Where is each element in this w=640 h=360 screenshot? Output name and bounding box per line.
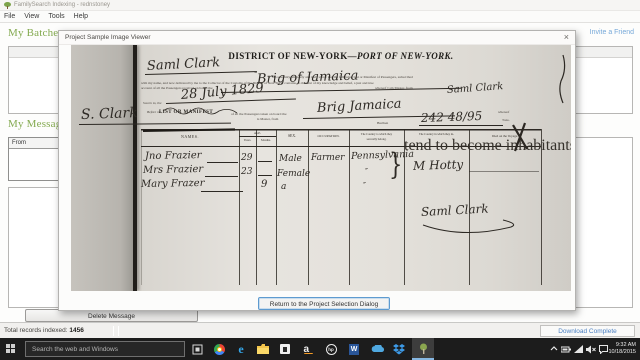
list-master-signature: S. Clark [81,105,138,123]
store-icon[interactable] [274,338,296,360]
app-titlebar: FamilySearch Indexing - rednstoney [0,0,640,11]
status-separator [113,326,114,336]
status-bar: Total records indexed: 1456 Download Com… [0,322,640,338]
passenger-row-country: Pennsylvania [351,149,414,162]
volume-icon[interactable] [586,338,597,360]
hp-icon[interactable]: hp [320,338,342,360]
passenger-row-age: 29 [241,153,252,163]
search-input[interactable]: Search the web and Windows [25,341,185,357]
tons-label: Tons. [502,118,510,123]
column-header-died: Died on the Voyage. [469,134,541,138]
familysearch-indexing-icon[interactable] [412,338,434,360]
dialog-titlebar[interactable]: Project Sample Image Viewer × [59,31,575,45]
chrome-icon[interactable] [208,338,230,360]
onedrive-icon[interactable] [366,338,388,360]
manifest-text: of all the Passengers taken on board the [231,112,327,117]
taskbar: Search the web and Windows e a hp W [0,338,640,360]
passenger-row-age-months: 9 [261,179,267,190]
file-explorer-icon[interactable] [252,338,274,360]
edge-icon[interactable]: e [230,338,252,360]
passenger-row-occupation: Farmer [311,153,344,163]
word-icon[interactable]: W [343,338,365,360]
official-side-signature: M Hotty [413,157,464,173]
list-vessel-scrawl: Brig Jamaica [317,97,402,116]
start-button-icon[interactable] [6,344,16,354]
passenger-row-sex: a [281,182,286,192]
sworn-to-label: Sworn to, the [143,101,162,106]
action-center-icon[interactable] [599,338,608,360]
tray-date: 10/18/2015 [608,349,636,356]
column-header-country-inhabit: The Country in which they in- [404,132,469,136]
master-signature: Saml Clark [147,55,221,74]
menu-tools[interactable]: Tools [48,13,64,20]
menu-help[interactable]: Help [74,13,88,20]
ditto-mark: ″ [363,181,366,190]
passenger-row-name: Mrs Frazier [143,164,203,176]
total-records-status: Total records indexed: 1456 [4,327,84,334]
column-header-occupation: OCCUPATION. [308,134,349,138]
column-header-months: Months. [256,138,276,142]
whereof-label: whereof [498,110,509,115]
burthen-value-handwriting: 242 48/95 [421,109,483,125]
task-view-icon[interactable] [186,338,208,360]
return-to-project-selection-button[interactable]: Return to the Project Selection Dialog [258,297,390,310]
familysearch-tree-icon [4,2,11,9]
burthen-label: Burthen [377,121,388,126]
column-header-years: Years. [239,138,256,142]
dropbox-icon[interactable] [388,338,410,360]
status-separator [118,326,119,336]
passenger-row-sex: Female [277,169,310,179]
handwritten-brace: } [389,147,402,182]
page-binding-edge [133,45,137,291]
clock[interactable]: 9:32 AM 10/18/2015 [608,342,636,356]
dialog-title: Project Sample Image Viewer [65,34,151,41]
passenger-row-sex: Male [279,154,302,164]
invite-a-friend-link[interactable]: Invite a Friend [590,29,634,36]
my-batches-heading: My Batches [8,27,63,39]
column-header-age: AGE. [239,131,276,135]
desktop-screen: FamilySearch Indexing - rednstoney File … [0,0,640,360]
column-header-sex: SEX. [276,134,308,138]
column-header-names: NAMES. [141,134,239,139]
total-records-value: 1456 [69,327,83,334]
passenger-row-age: 23 [241,167,252,177]
close-icon[interactable]: × [564,32,569,42]
download-complete-status[interactable]: Download Complete [540,325,635,337]
bottom-signature: Saml Clark [421,201,489,219]
list-or-manifest-title: LIST OR MANIFEST [159,111,213,116]
manifest-master-text: is Master, from [257,117,278,122]
page-gutter [71,45,133,291]
menu-view[interactable]: View [24,13,39,20]
ditto-mark: ″ [365,167,368,176]
column-header-country-belong: The Country to which they [349,132,404,136]
menu-bar: File View Tools Help [0,11,640,23]
network-icon[interactable] [574,338,583,360]
passenger-row-name: Jno Frazier [145,150,202,162]
passenger-row-name: Mary Frazer [141,178,205,190]
project-sample-image-viewer-dialog: Project Sample Image Viewer × DISTRICT O… [58,30,576,311]
hidden-icons-chevron-icon[interactable] [550,338,560,360]
amazon-icon[interactable]: a [297,338,319,360]
app-window-title: FamilySearch Indexing - rednstoney [14,2,110,8]
battery-icon[interactable] [561,338,571,360]
tray-time: 9:32 AM [608,342,636,349]
menu-file[interactable]: File [4,13,15,20]
sample-document-image: DISTRICT OF NEW-YORK—PORT OF NEW-YORK. S… [71,45,571,291]
